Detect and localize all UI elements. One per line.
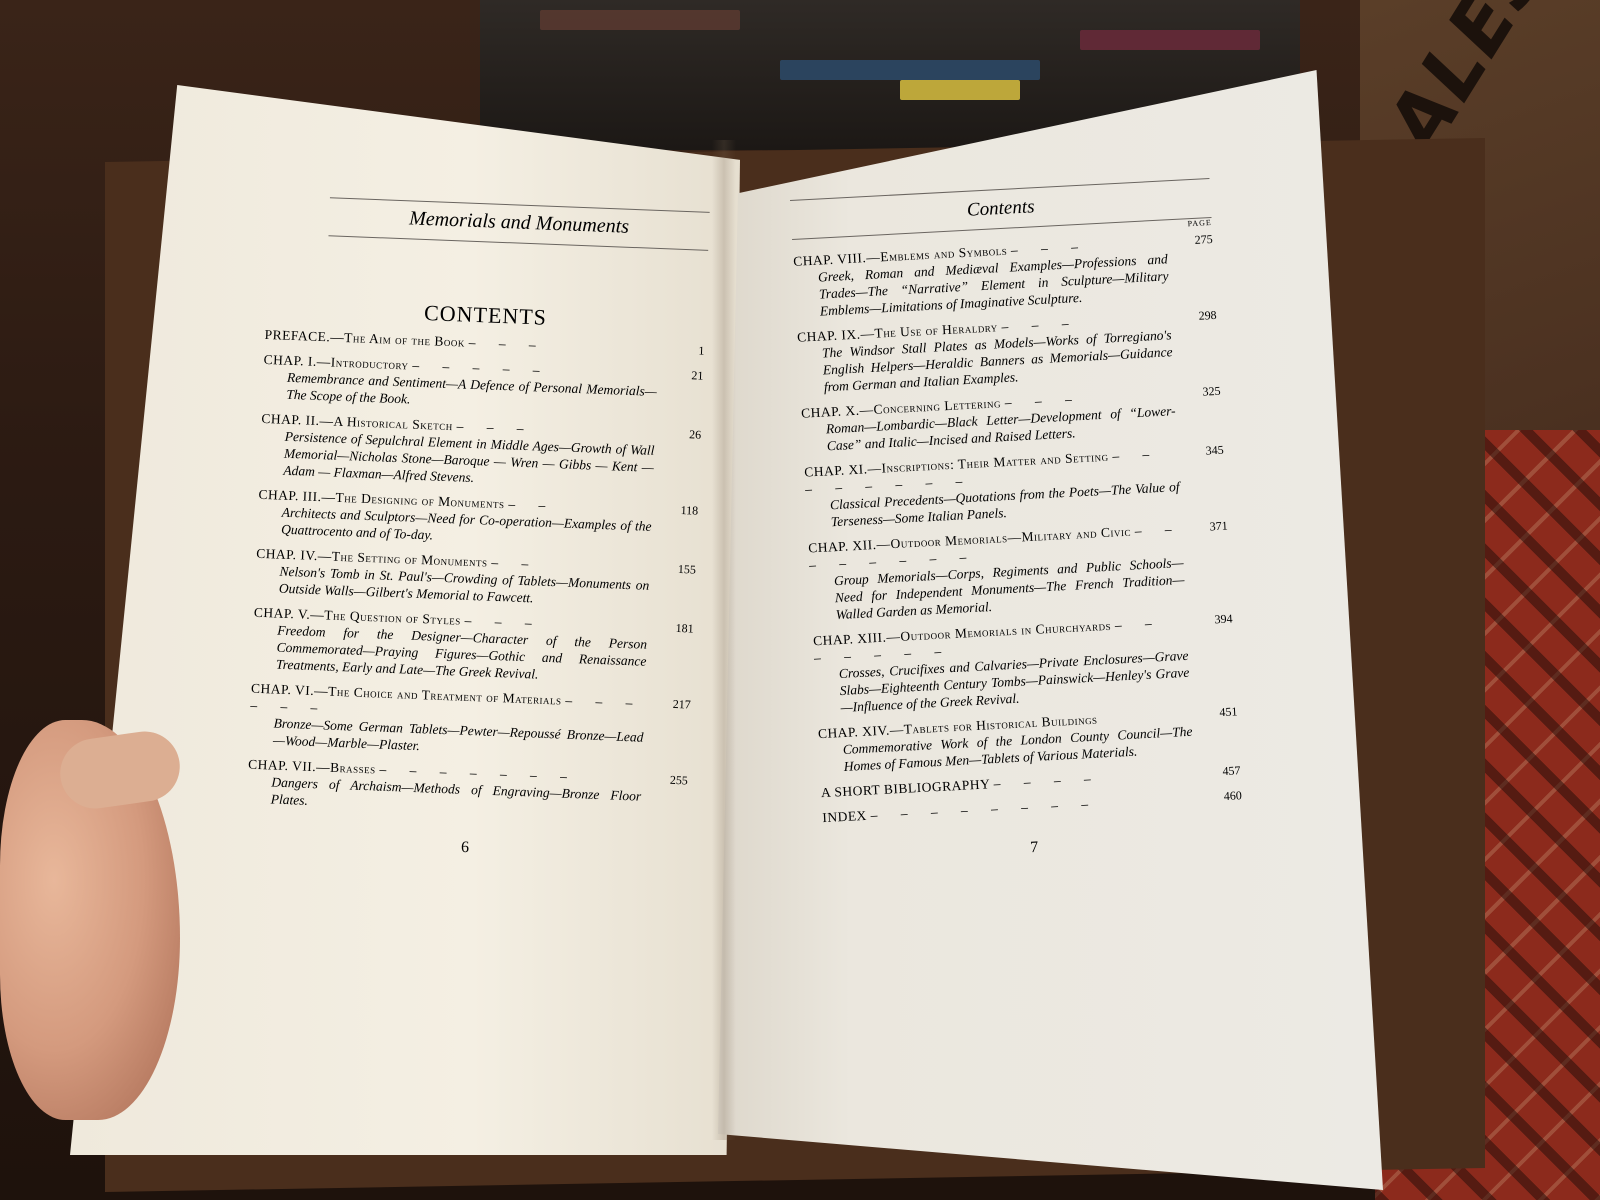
toc-entry-title: A SHORT BIBLIOGRAPHY (821, 776, 991, 800)
toc-page-number: 217 (672, 696, 691, 714)
toc-right-list: CHAP. VIII.—Emblems and Symbols – – –Gre… (793, 231, 1242, 826)
toc-leader-dashes: – – – – (993, 771, 1101, 792)
toc-page-number: 345 (1205, 442, 1224, 460)
toc-entry-title: INDEX (822, 808, 867, 825)
toc-page-number: 255 (670, 772, 689, 790)
toc-leader-dashes: – – (508, 496, 555, 513)
toc-entry: CHAP. I.—Introductory – – – – –Remembran… (262, 351, 704, 419)
toc-page-number: 21 (691, 367, 704, 384)
toc-page-number: 275 (1194, 231, 1213, 249)
toc-page-number: 181 (675, 620, 694, 638)
toc-page-number: 118 (680, 502, 698, 520)
toc-page-number: 1 (698, 343, 705, 360)
toc-entry: CHAP. V.—The Question of Styles – – –Fre… (252, 604, 694, 689)
toc-page-number: 457 (1222, 762, 1241, 780)
toc-page-number: 451 (1219, 703, 1238, 721)
book-gutter (712, 140, 736, 1140)
toc-leader-dashes: – – – – – – – – (870, 796, 1098, 823)
toc-entry: CHAP. IV.—The Setting of Monuments – –Ne… (255, 545, 697, 613)
toc-leader-dashes: – – (491, 555, 538, 572)
toc-page-number: 26 (689, 426, 702, 443)
toc-leader-dashes: – – – (456, 418, 534, 436)
toc-left-list: PREFACE.—The Aim of the Book – – –1CHAP.… (247, 326, 705, 824)
toc-entry-title: CHAP. XIII.—Outdoor Memorials in Churchy… (813, 618, 1112, 649)
toc-page-number: 155 (678, 561, 697, 579)
toc-page-number: 371 (1209, 518, 1228, 536)
toc-entry: CHAP. III.—The Designing of Monuments – … (257, 486, 699, 554)
toc-page-number: 325 (1202, 383, 1221, 401)
toc-entry: CHAP. II.—A Historical Sketch – – –Persi… (259, 410, 701, 495)
toc-page-number: 298 (1198, 307, 1217, 325)
right-page-content: Contents PAGE CHAP. VIII.—Emblems and Sy… (790, 178, 1244, 868)
toc-entry: CHAP. XI.—Inscriptions: Their Matter and… (804, 442, 1227, 532)
toc-leader-dashes: – – – (464, 613, 542, 631)
toc-entry: CHAP. VI.—The Choice and Treatment of Ma… (249, 680, 691, 765)
toc-entry: CHAP. VII.—Brasses – – – – – – –Dangers … (247, 756, 689, 824)
toc-page-number: 460 (1223, 787, 1242, 805)
toc-entry: CHAP. IX.—The Use of Heraldry – – –The W… (797, 307, 1220, 397)
toc-entry: CHAP. XIII.—Outdoor Memorials in Churchy… (813, 610, 1237, 717)
photo-scene: ALESIS Memorials and Monuments CONTENTS … (0, 0, 1600, 1200)
toc-page-number: 394 (1214, 610, 1233, 628)
toc-entry: CHAP. XII.—Outdoor Memorials—Military an… (808, 518, 1232, 625)
left-page-content: Memorials and Monuments CONTENTS PREFACE… (245, 195, 710, 865)
toc-leader-dashes: – – – (468, 335, 546, 353)
toc-entry-title: PREFACE.—The Aim of the Book (264, 327, 465, 350)
